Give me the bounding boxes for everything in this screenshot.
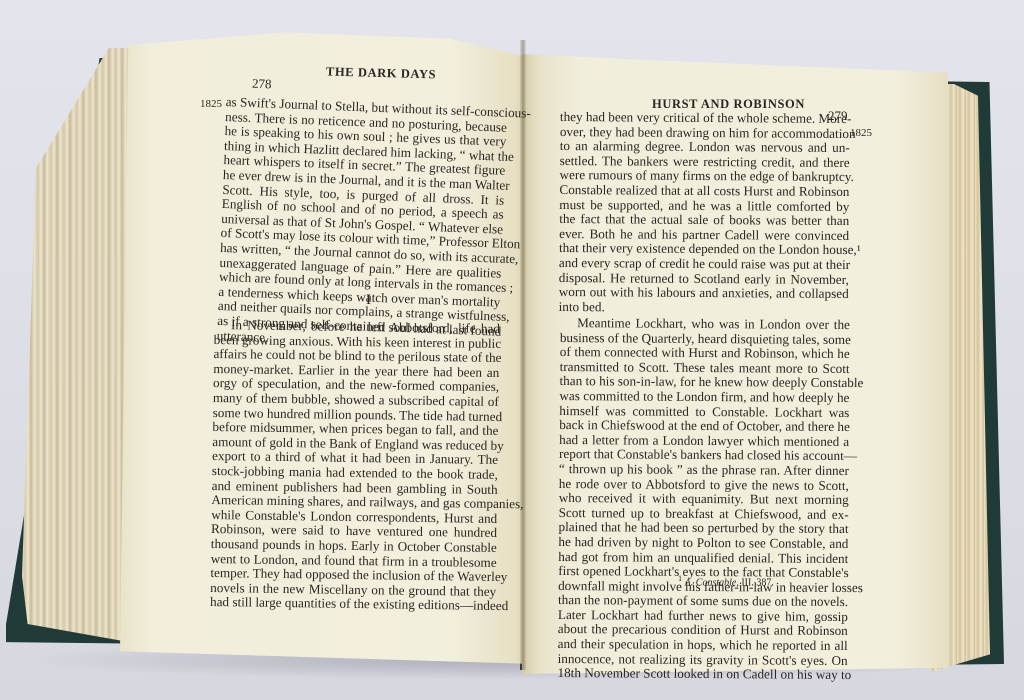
book-gutter xyxy=(520,40,526,670)
photo-scene: 278 THE DARK DAYS 1825 as Swift's Journa… xyxy=(0,0,1024,700)
left-paragraph-2: In November, before he left Abbotsford, … xyxy=(210,318,500,614)
left-page-number: 278 xyxy=(252,76,272,93)
footnote-marker: 1 xyxy=(678,574,682,583)
left-running-head: THE DARK DAYS xyxy=(326,65,436,83)
right-paragraph-1: they had been very critical of the whole… xyxy=(559,110,850,316)
text-line: 18th November Scott looked in on Cadell … xyxy=(557,666,847,683)
left-margin-year: 1825 xyxy=(200,98,222,110)
footnote-italic-text: A. Constable xyxy=(685,577,737,588)
footnote-text: , III. 387. xyxy=(736,577,774,588)
left-paragraph-1: as Swift's Journal to Stella, but withou… xyxy=(216,95,507,354)
footnote: 1 A. Constable, III. 387. xyxy=(678,574,774,588)
right-paragraph-2: Meantime Lockhart, who was in London ove… xyxy=(557,316,850,683)
section-heading: I xyxy=(366,292,371,309)
text-line: into bed. xyxy=(559,300,849,317)
